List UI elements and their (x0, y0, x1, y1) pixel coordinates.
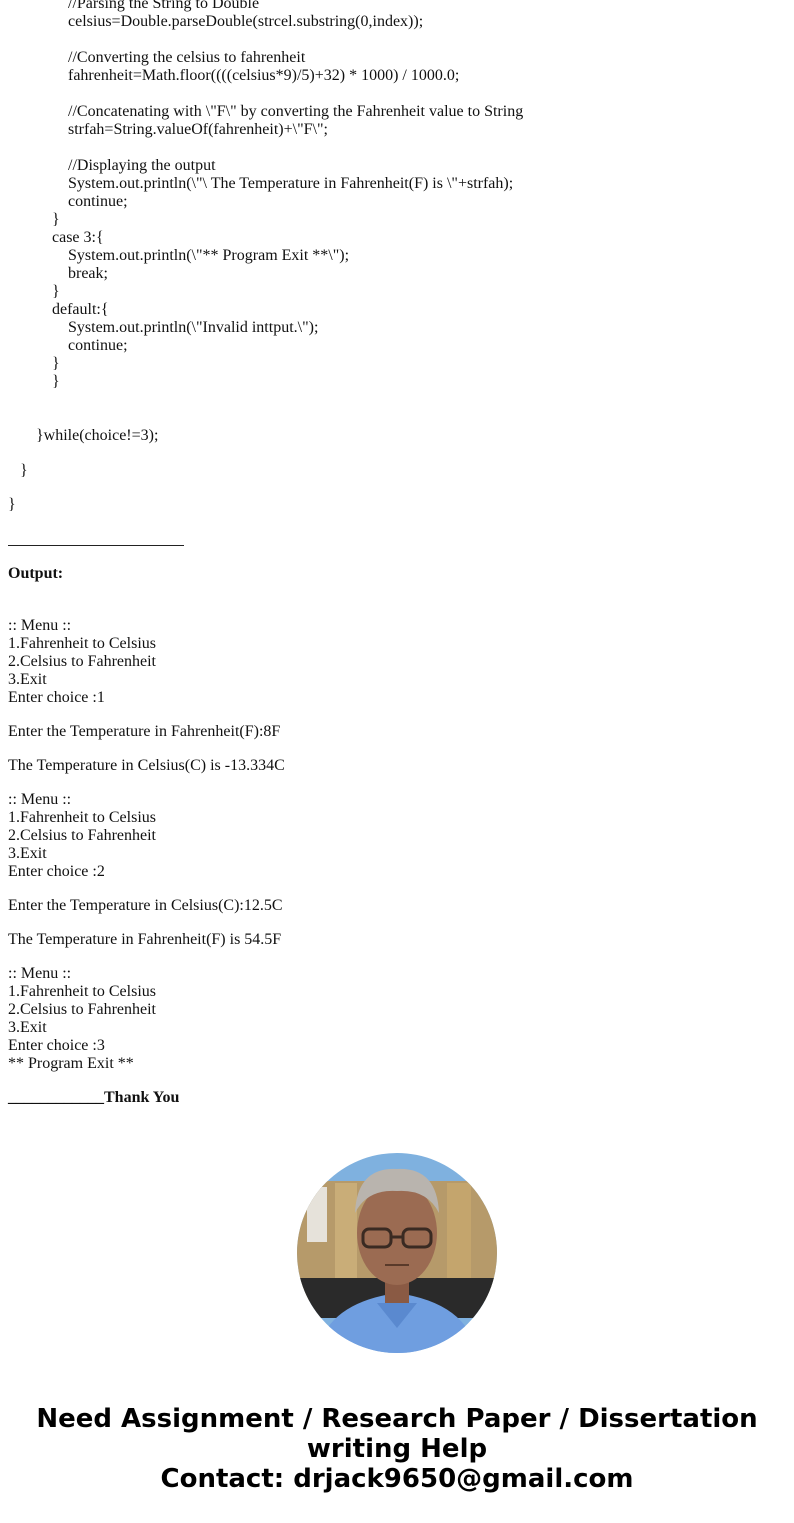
thank-you-text: ____________Thank You (8, 1089, 179, 1107)
code-line: celsius=Double.parseDouble(strcel.substr… (68, 13, 423, 31)
code-line: } (52, 355, 60, 373)
output-line: The Temperature in Fahrenheit(F) is 54.5… (8, 931, 281, 949)
output-line: ** Program Exit ** (8, 1055, 134, 1073)
horizontal-rule (8, 545, 184, 546)
output-line: Enter the Temperature in Celsius(C):12.5… (8, 897, 283, 915)
output-line: Enter choice :1 (8, 689, 105, 707)
output-heading: Output: (8, 565, 63, 583)
code-line: //Displaying the output (68, 157, 216, 175)
output-line: 1.Fahrenheit to Celsius (8, 635, 156, 653)
code-line: System.out.println(\"\ The Temperature i… (68, 175, 513, 193)
output-line: Enter choice :2 (8, 863, 105, 881)
output-line: 3.Exit (8, 671, 47, 689)
code-line: } (52, 283, 60, 301)
code-line: } (20, 462, 28, 480)
output-line: 2.Celsius to Fahrenheit (8, 1001, 156, 1019)
code-line: strfah=String.valueOf(fahrenheit)+\"F\"; (68, 121, 328, 139)
output-line: :: Menu :: (8, 617, 71, 635)
person-photo-icon (297, 1153, 497, 1353)
code-line: continue; (68, 337, 128, 355)
promo-line: writing Help (0, 1434, 794, 1464)
code-line: System.out.println(\"Invalid inttput.\")… (68, 319, 318, 337)
output-line: 2.Celsius to Fahrenheit (8, 827, 156, 845)
code-line: fahrenheit=Math.floor((((celsius*9)/5)+3… (68, 67, 459, 85)
code-line: default:{ (52, 301, 109, 319)
code-line: break; (68, 265, 108, 283)
output-line: 2.Celsius to Fahrenheit (8, 653, 156, 671)
output-line: 1.Fahrenheit to Celsius (8, 983, 156, 1001)
code-line: //Concatenating with \"F\" by converting… (68, 103, 523, 121)
promo-contact: Contact: drjack9650@gmail.com (0, 1464, 794, 1494)
output-line: :: Menu :: (8, 791, 71, 809)
output-line: Enter the Temperature in Fahrenheit(F):8… (8, 723, 280, 741)
code-line: } (8, 496, 16, 514)
code-line: //Converting the celsius to fahrenheit (68, 49, 305, 67)
output-line: :: Menu :: (8, 965, 71, 983)
output-line: Enter choice :3 (8, 1037, 105, 1055)
code-line: case 3:{ (52, 229, 104, 247)
code-line: } (52, 373, 60, 391)
author-avatar (297, 1153, 497, 1353)
code-line: } (52, 211, 60, 229)
promo-line: Need Assignment / Research Paper / Disse… (0, 1404, 794, 1434)
output-line: 1.Fahrenheit to Celsius (8, 809, 156, 827)
code-line: continue; (68, 193, 128, 211)
output-line: The Temperature in Celsius(C) is -13.334… (8, 757, 285, 775)
code-line: //Parsing the String to Double (68, 0, 259, 13)
output-line: 3.Exit (8, 1019, 47, 1037)
code-line: }while(choice!=3); (36, 427, 158, 445)
code-line: System.out.println(\"** Program Exit **\… (68, 247, 349, 265)
output-line: 3.Exit (8, 845, 47, 863)
